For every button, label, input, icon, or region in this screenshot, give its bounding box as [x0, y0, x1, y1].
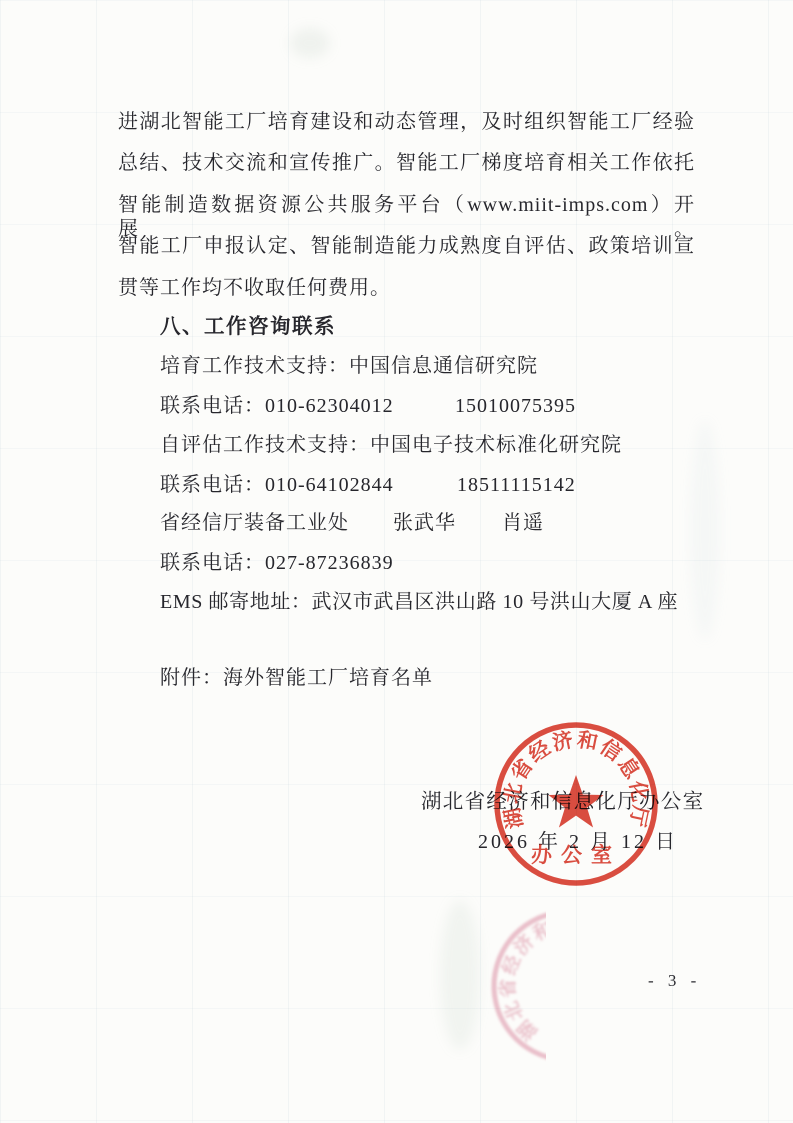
scan-smudge — [690, 420, 720, 640]
seal-arc-path — [519, 747, 633, 828]
contact-selfassess-line: 自评估工作技术支持：中国电子技术标准化研究院 — [160, 433, 622, 457]
contact-person-1: 张武华 — [393, 511, 456, 535]
page-number: - 3 - — [648, 969, 701, 993]
contact-support-line: 培育工作技术支持：中国信息通信研究院 — [160, 354, 538, 378]
office-name: 省经信厅装备工业处 — [160, 512, 349, 534]
contact-phone1-line: 联系电话：010-62304012 15010075395 — [160, 394, 394, 418]
body-line-2: 总结、技术交流和宣传推广。智能工厂梯度培育相关工作依托 — [118, 151, 695, 175]
body-line-5: 贯等工作均不收取任何费用。 — [118, 276, 695, 300]
scan-smudge — [440, 900, 480, 1050]
phone2-label: 联系电话：010-64102844 — [160, 474, 394, 496]
body-line-4: 智能工厂申报认定、智能制造能力成熟度自评估、政策培训宣 — [118, 234, 695, 258]
seal-arc-text: 湖北省经济和信息化厅 — [499, 727, 652, 831]
faint-seal-arc-path — [493, 911, 546, 1035]
phone1-label: 联系电话：010-62304012 — [160, 395, 394, 417]
signature-date: 2026 年 2 月 12 日 — [478, 830, 678, 854]
contact-phone3-line: 联系电话：027-87236839 — [160, 551, 394, 575]
phone1-mobile: 15010075395 — [455, 394, 576, 418]
document-page: 进湖北智能工厂培育建设和动态管理，及时组织智能工厂经验 总结、技术交流和宣传推广… — [0, 0, 793, 1123]
attachment-line: 附件：海外智能工厂培育名单 — [160, 666, 433, 690]
section-heading: 八、工作咨询联系 — [160, 315, 336, 339]
contact-phone2-line: 联系电话：010-64102844 18511115142 — [160, 473, 394, 497]
contact-person-2: 肖遥 — [502, 511, 544, 535]
faint-partial-seal: 湖北省经济和信息化厅 办公室 — [489, 907, 546, 1063]
contact-ems-line: EMS 邮寄地址：武汉市武昌区洪山路 10 号洪山大厦 A 座 — [160, 590, 678, 614]
phone2-mobile: 18511115142 — [457, 473, 576, 497]
contact-office-line: 省经信厅装备工业处 张武华 肖遥 — [160, 511, 349, 535]
signature-org: 湖北省经济和信息化厅办公室 — [421, 790, 704, 814]
scan-smudge — [290, 28, 330, 58]
faint-seal-arc-text: 湖北省经济和信息化厅 — [489, 907, 546, 1047]
body-line-1: 进湖北智能工厂培育建设和动态管理，及时组织智能工厂经验 — [118, 110, 695, 134]
faint-seal-ring — [489, 907, 546, 1063]
faint-seal-graphic: 湖北省经济和信息化厅 办公室 — [489, 907, 546, 1063]
